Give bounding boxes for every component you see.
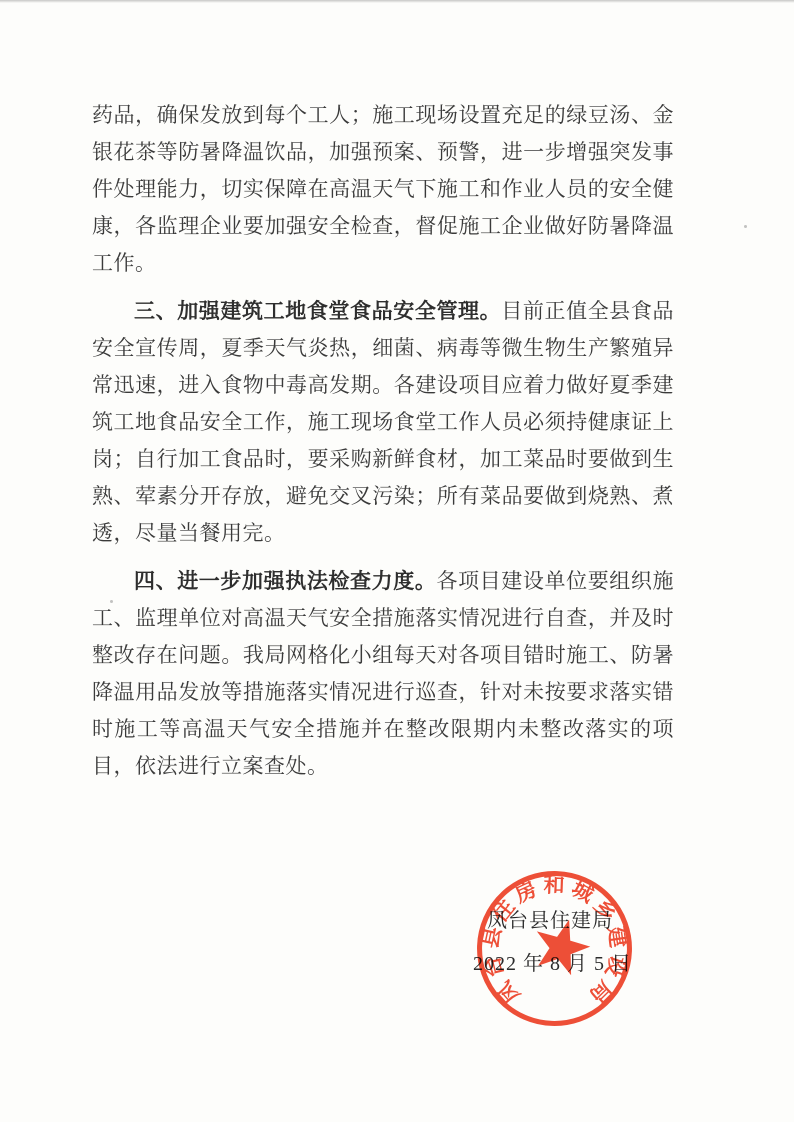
paragraph-section-4: 四、进一步加强执法检查力度。各项目建设单位要组织施工、监理单位对高温天气安全措施… — [92, 563, 674, 785]
paragraph-text: 药品，确保发放到每个工人；施工现场设置充足的绿豆汤、金银花茶等防暑降温饮品，加强… — [92, 103, 674, 275]
official-seal-graphic: 凤台县住房和城乡建设局 — [470, 864, 639, 1033]
paragraph-continuation: 药品，确保发放到每个工人；施工现场设置充足的绿豆汤、金银花茶等防暑降温饮品，加强… — [92, 97, 674, 282]
official-seal: 凤台县住房和城乡建设局 — [470, 864, 639, 1033]
scanned-document-page: 药品，确保发放到每个工人；施工现场设置充足的绿豆汤、金银花茶等防暑降温饮品，加强… — [0, 0, 794, 1122]
scan-edge-artifact — [0, 0, 794, 3]
scan-speck — [744, 225, 747, 228]
section-4-text: 各项目建设单位要组织施工、监理单位对高温天气安全措施落实情况进行自查，并及时整改… — [92, 569, 674, 778]
section-3-text: 目前正值全县食品安全宣传周，夏季天气炎热，细菌、病毒等微生物生产繁殖异常迅速，进… — [92, 299, 674, 545]
scan-speck — [110, 600, 113, 603]
seal-star-icon — [528, 912, 596, 978]
document-body: 药品，确保发放到每个工人；施工现场设置充足的绿豆汤、金银花茶等防暑降温饮品，加强… — [92, 97, 674, 785]
section-4-heading: 四、进一步加强执法检查力度。 — [134, 569, 436, 593]
paragraph-section-3: 三、加强建筑工地食堂食品安全管理。目前正值全县食品安全宣传周，夏季天气炎热，细菌… — [92, 293, 674, 552]
section-3-heading: 三、加强建筑工地食堂食品安全管理。 — [134, 299, 501, 323]
